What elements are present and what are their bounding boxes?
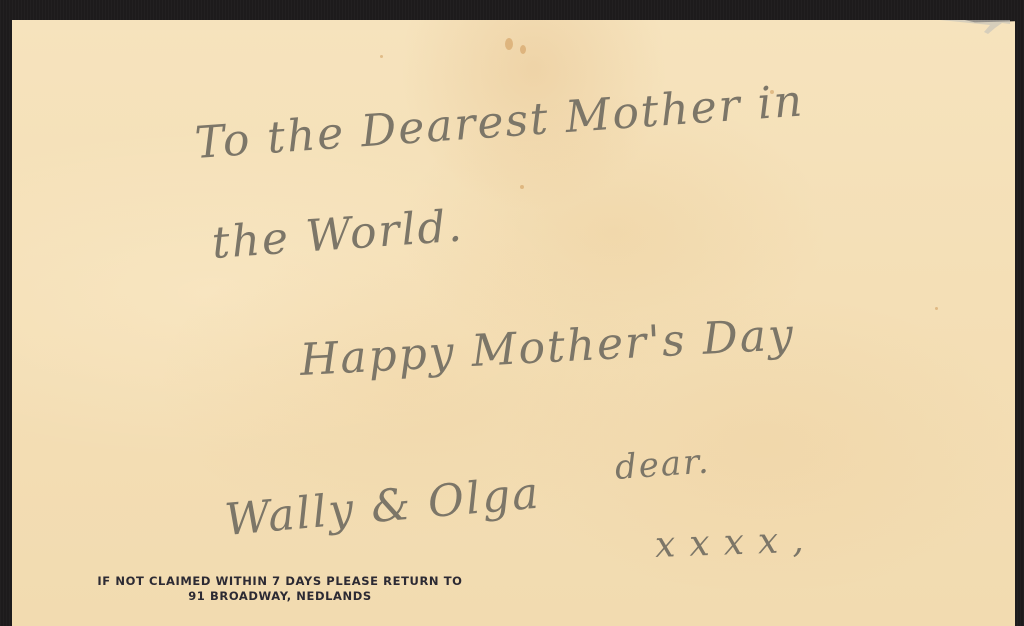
torn-corner [940,20,1010,48]
stain [505,38,513,50]
return-address: 91 BROADWAY, NEDLANDS [60,589,500,604]
stain [520,185,524,189]
stain [520,45,526,54]
stain [935,307,938,310]
handwriting-dear: dear. [614,441,712,488]
printed-return-address: IF NOT CLAIMED WITHIN 7 DAYS PLEASE RETU… [60,574,500,604]
handwriting-kisses: xxxx, [654,519,818,566]
return-instruction: IF NOT CLAIMED WITHIN 7 DAYS PLEASE RETU… [60,574,500,589]
stain [380,55,383,58]
